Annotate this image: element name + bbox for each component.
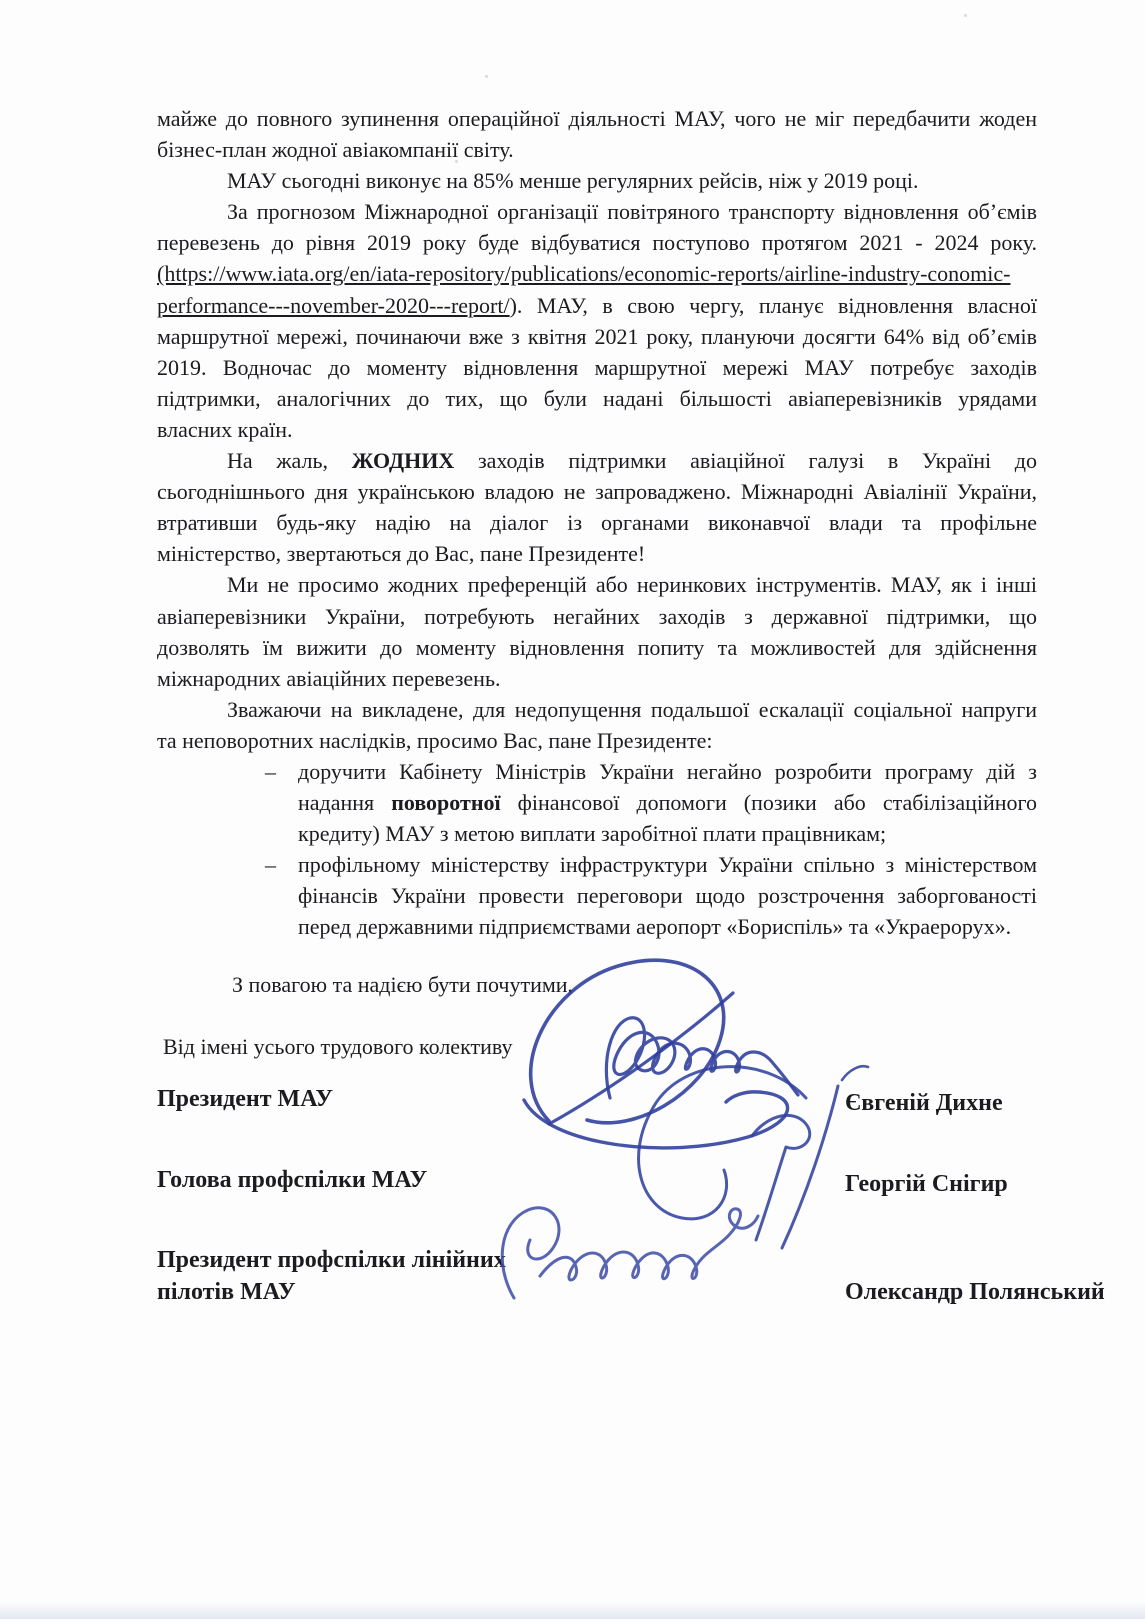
paragraph: МАУ сьогодні виконує на 85% менше регуля… [157, 165, 1037, 196]
text-line: надання поворотної фінансової допомоги (… [157, 787, 1037, 818]
text-line: За прогнозом Міжнародної організації пов… [157, 196, 1037, 227]
paragraph: майже до повного зупинення операційної д… [157, 103, 1037, 165]
text-line: 2019. Водночас до моменту відновлення ма… [157, 352, 1037, 383]
paragraph: На жаль, ЖОДНИХ заходів підтримки авіаці… [157, 445, 1037, 569]
text-line: перевезень до рівня 2019 року буде відбу… [157, 227, 1037, 258]
scan-speck [455, 160, 458, 163]
text-line: дозволять їм вижити до моменту відновлен… [157, 632, 1037, 663]
text-segment: втративши будь-яку надію на діалог із ор… [157, 510, 1037, 535]
text-line: та неповоротних наслідків, просимо Вас, … [157, 725, 1037, 756]
letter-body: майже до повного зупинення операційної д… [157, 103, 1037, 943]
text-line: підтримки, аналогічних до тих, що були н… [157, 383, 1037, 414]
text-segment: міністерство, звертаються до Вас, пане П… [157, 541, 645, 566]
text-segment: Ми не просимо жодних преференцій або нер… [227, 572, 1037, 597]
signature-row: Президент профспілки лінійних пілотів МА… [157, 1244, 1037, 1308]
text-line: (https://www.iata.org/en/iata-repository… [157, 258, 1037, 289]
signatory-name: Євгеній Дихне [845, 1087, 1003, 1119]
text-segment: надання [298, 790, 391, 815]
text-segment: На жаль, [227, 448, 352, 473]
text-segment: фінансової допомоги (позики або стабіліз… [501, 790, 1037, 815]
scan-speck [964, 14, 967, 17]
bullet-dash-icon: – [265, 849, 276, 880]
text-line: performance---november-2020---report/). … [157, 290, 1037, 321]
text-segment: Зважаючи на викладене, для недопущення п… [227, 697, 1037, 722]
text-line: перед державними підприємствами аеропорт… [157, 911, 1037, 942]
text-segment: МАУ сьогодні виконує на 85% менше регуля… [227, 168, 919, 193]
text-segment: підтримки, аналогічних до тих, що були н… [157, 386, 1037, 411]
text-segment: 2019. Водночас до моменту відновлення ма… [157, 355, 1037, 380]
signatory-name: Георгій Снігир [845, 1168, 1008, 1200]
text-line: фінансів України провести переговори щод… [157, 880, 1037, 911]
text-segment: ЖОДНИХ [352, 448, 454, 473]
text-segment: дозволять їм вижити до моменту відновлен… [157, 635, 1037, 660]
text-segment: міжнародних авіаційних перевезень. [157, 666, 500, 691]
text-segment: заходів підтримки авіаційної галузі в Ук… [454, 448, 1037, 473]
closing-line: З повагою та надією бути почутими, [232, 972, 573, 998]
signatory-name: Олександр Полянський [845, 1276, 1105, 1308]
scanned-letter-page: майже до повного зупинення операційної д… [0, 0, 1145, 1620]
text-segment: поворотної [391, 790, 500, 815]
text-line: Зважаючи на викладене, для недопущення п… [157, 694, 1037, 725]
text-line: кредиту) МАУ з метою виплати заробітної … [157, 818, 1037, 849]
text-line: маршрутної мережі, починаючи вже з квітн… [157, 321, 1037, 352]
text-line: бізнес-план жодної авіакомпанії світу. [157, 134, 1037, 165]
text-line: авіаперевізники України, потребують нега… [157, 601, 1037, 632]
text-segment: власних країн. [157, 417, 293, 442]
text-segment: бізнес-план жодної авіакомпанії світу. [157, 137, 514, 162]
text-segment: маршрутної мережі, починаючи вже з квітн… [157, 324, 1037, 349]
paragraph: За прогнозом Міжнародної організації пов… [157, 196, 1037, 445]
scan-shadow-band [0, 1601, 1145, 1619]
signature-row: Президент МАУ Євгеній Дихне [157, 1083, 1037, 1115]
paragraph: Зважаючи на викладене, для недопущення п… [157, 694, 1037, 756]
text-segment: фінансів України провести переговори щод… [298, 883, 1037, 908]
bullet-item: –доручити Кабінету Міністрів України нег… [157, 756, 1037, 849]
text-segment: За прогнозом Міжнародної організації пов… [227, 199, 1037, 224]
text-segment: профільному міністерству інфраструктури … [298, 852, 1037, 877]
text-line: власних країн. [157, 414, 1037, 445]
text-line: –доручити Кабінету Міністрів України нег… [157, 756, 1037, 787]
text-segment: сьогоднішнього дня українською владою не… [157, 479, 1037, 504]
text-line: На жаль, ЖОДНИХ заходів підтримки авіаці… [157, 445, 1037, 476]
attribution-line: Від імені усього трудового колективу [163, 1034, 513, 1060]
text-line: сьогоднішнього дня українською владою не… [157, 476, 1037, 507]
text-segment: майже до повного зупинення операційної д… [157, 106, 1037, 131]
bullet-dash-icon: – [265, 756, 276, 787]
text-segment: ). МАУ, в свою чергу, планує відновлення… [510, 293, 1037, 318]
text-line: Ми не просимо жодних преференцій або нер… [157, 569, 1037, 600]
text-line: майже до повного зупинення операційної д… [157, 103, 1037, 134]
text-segment: перевезень до рівня 2019 року буде відбу… [157, 230, 1037, 255]
url-text: performance---november-2020---report/ [157, 293, 510, 318]
signature-row: Голова профспілки МАУ Георгій Снігир [157, 1164, 1037, 1196]
scan-speck [485, 75, 488, 78]
text-segment: та неповоротних наслідків, просимо Вас, … [157, 728, 713, 753]
text-segment: перед державними підприємствами аеропорт… [298, 914, 1011, 939]
text-segment: кредиту) МАУ з метою виплати заробітної … [298, 821, 886, 846]
text-line: МАУ сьогодні виконує на 85% менше регуля… [157, 165, 1037, 196]
text-line: втративши будь-яку надію на діалог із ор… [157, 507, 1037, 538]
text-segment: доручити Кабінету Міністрів України нега… [298, 759, 1037, 784]
text-line: міжнародних авіаційних перевезень. [157, 663, 1037, 694]
text-line: –профільному міністерству інфраструктури… [157, 849, 1037, 880]
paragraph: Ми не просимо жодних преференцій або нер… [157, 569, 1037, 693]
bullet-item: –профільному міністерству інфраструктури… [157, 849, 1037, 942]
text-line: міністерство, звертаються до Вас, пане П… [157, 538, 1037, 569]
text-segment: авіаперевізники України, потребують нега… [157, 604, 1037, 629]
url-text: (https://www.iata.org/en/iata-repository… [157, 261, 1011, 286]
